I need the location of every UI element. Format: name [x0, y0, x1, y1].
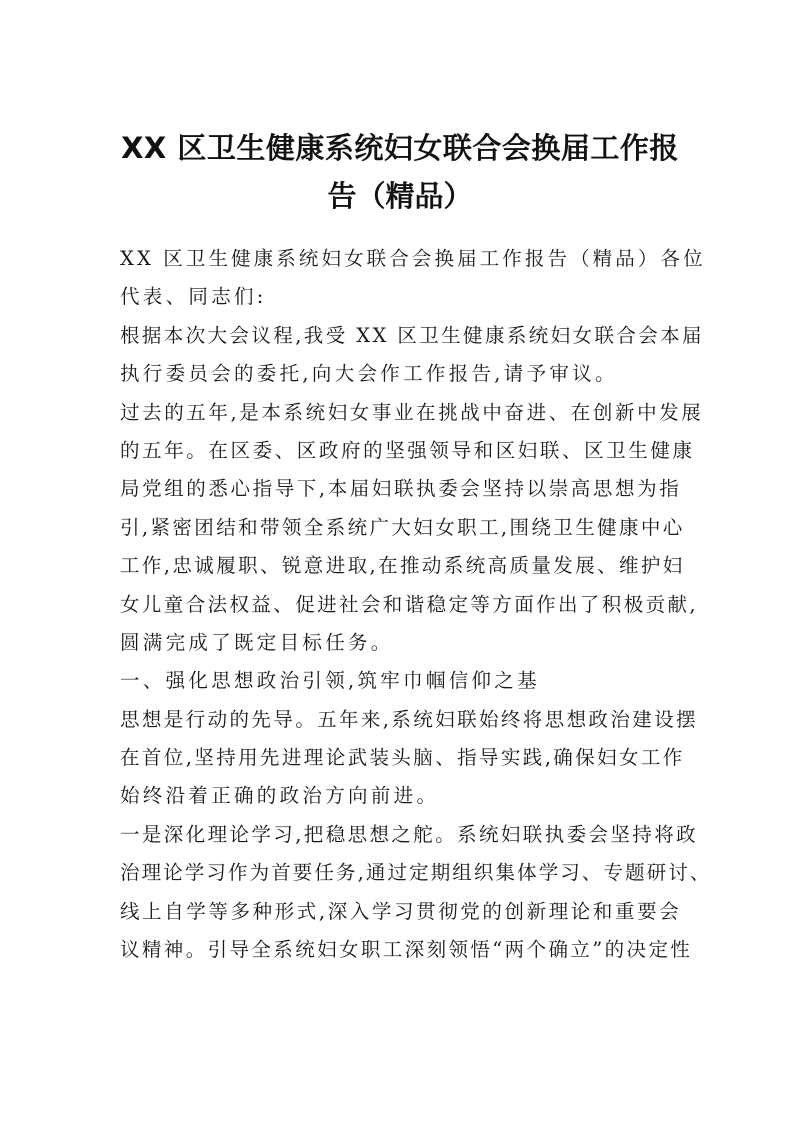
document-title-line-1: XX 区卫生健康系统妇女联合会换届工作报 — [110, 122, 690, 174]
document-body: XX 区卫生健康系统妇女联合会换届工作报告（精品）各位 代表、同志们: 根据本次… — [120, 240, 700, 969]
body-line: 议精神。引导全系统妇女职工深刻领悟“两个确立”的决定性 — [120, 931, 700, 969]
body-line: 始终沿着正确的政治方向前进。 — [120, 777, 700, 815]
body-line: 一是深化理论学习,把稳思想之舵。系统妇联执委会坚持将政 — [120, 816, 700, 854]
body-line: 执行委员会的委托,向大会作工作报告,请予审议。 — [120, 355, 700, 393]
section-heading: 一、强化思想政治引领,筑牢巾帼信仰之基 — [120, 662, 700, 700]
body-line: 女儿童合法权益、促进社会和谐稳定等方面作出了积极贡献, — [120, 586, 700, 624]
document-title-line-2: 告（精品） — [110, 170, 690, 222]
body-line-intro: XX 区卫生健康系统妇女联合会换届工作报告（精品）各位 — [120, 240, 700, 278]
body-line: 圆满完成了既定目标任务。 — [120, 624, 700, 662]
body-line: 的五年。在区委、区政府的坚强领导和区妇联、区卫生健康 — [120, 432, 700, 470]
body-line: 引,紧密团结和带领全系统广大妇女职工,围绕卫生健康中心 — [120, 509, 700, 547]
body-line: 治理论学习作为首要任务,通过定期组织集体学习、专题研讨、 — [120, 854, 700, 892]
body-line: 在首位,坚持用先进理论武装头脑、指导实践,确保妇女工作 — [120, 739, 700, 777]
body-line-salutation: 代表、同志们: — [120, 278, 700, 316]
body-line: 根据本次大会议程,我受 XX 区卫生健康系统妇女联合会本届 — [120, 317, 700, 355]
body-line: 局党组的悉心指导下,本届妇联执委会坚持以崇高思想为指 — [120, 470, 700, 508]
body-line: 思想是行动的先导。五年来,系统妇联始终将思想政治建设摆 — [120, 701, 700, 739]
body-line: 过去的五年,是本系统妇女事业在挑战中奋进、在创新中发展 — [120, 394, 700, 432]
body-line: 线上自学等多种形式,深入学习贯彻党的创新理论和重要会 — [120, 893, 700, 931]
body-line: 工作,忠诚履职、锐意进取,在推动系统高质量发展、维护妇 — [120, 547, 700, 585]
document-page: XX 区卫生健康系统妇女联合会换届工作报 告（精品） XX 区卫生健康系统妇女联… — [0, 0, 793, 1122]
